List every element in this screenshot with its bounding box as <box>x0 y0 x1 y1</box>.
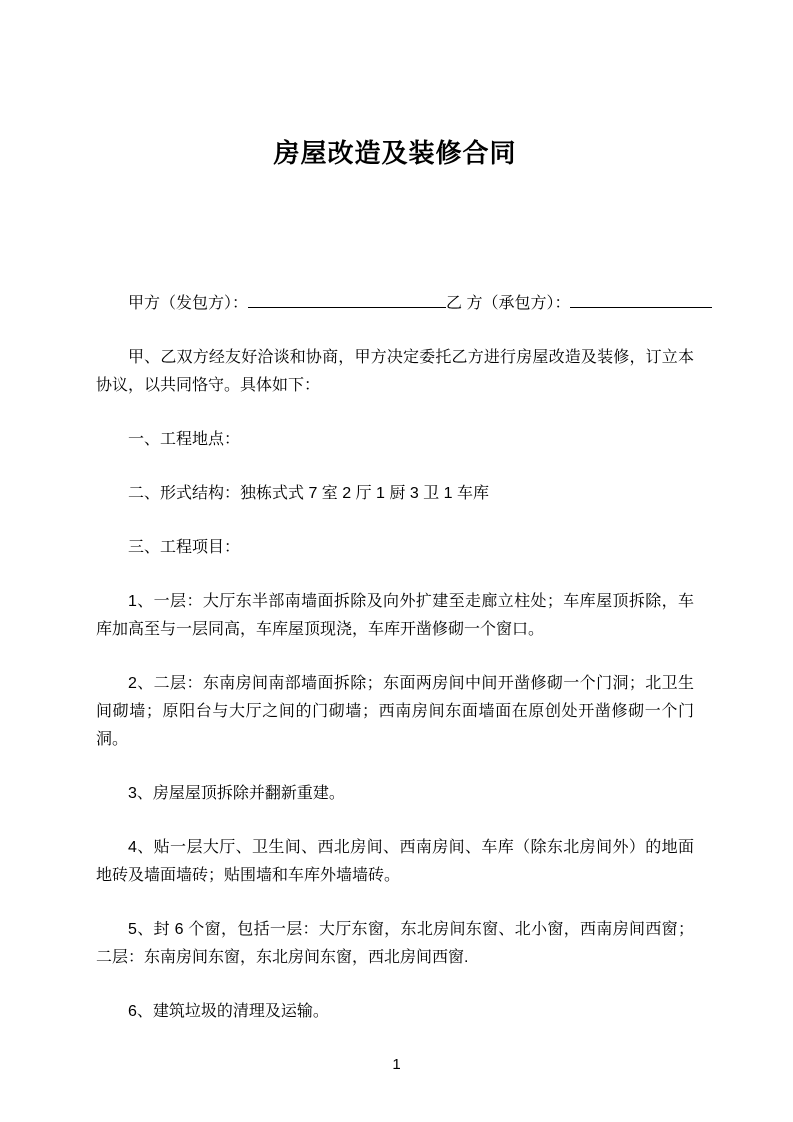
item-3-roof: 3、房屋屋顶拆除并翻新重建。 <box>96 780 694 808</box>
item-5-windows: 5、封 6 个窗，包括一层：大厅东窗，东北房间东窗、北小窗，西南房间西窗；二层：… <box>96 916 694 972</box>
document-title: 房屋改造及装修合同 <box>96 133 694 173</box>
item-6-debris: 6、建筑垃圾的清理及运输。 <box>96 998 694 1026</box>
contract-page: 房屋改造及装修合同 甲方（发包方）：乙 方（承包方）： 甲、乙双方经友好洽谈和协… <box>0 0 793 1122</box>
item-2-second-floor: 2、二层：东南房间南部墙面拆除；东面两房间中间开凿修砌一个门洞；北卫生间砌墙；原… <box>96 670 694 754</box>
clause-project-items: 三、工程项目： <box>96 534 694 562</box>
intro-paragraph: 甲、乙双方经友好洽谈和协商，甲方决定委托乙方进行房屋改造及装修，订立本协议，以共… <box>96 344 694 400</box>
party-line: 甲方（发包方）：乙 方（承包方）： <box>96 290 694 318</box>
party-a-label: 甲方（发包方）： <box>128 295 248 312</box>
item-4-tiling: 4、贴一层大厅、卫生间、西北房间、西南房间、车库（除东北房间外）的地面地砖及墙面… <box>96 834 694 890</box>
party-b-label: 乙 方（承包方）： <box>446 295 570 312</box>
clause-structure: 二、形式结构：独栋式式 7 室 2 厅 1 厨 3 卫 1 车库 <box>96 480 694 508</box>
party-b-blank <box>570 293 712 308</box>
clause-project-location: 一、工程地点： <box>96 426 694 454</box>
page-number: 1 <box>0 1055 793 1075</box>
party-a-blank <box>248 293 446 308</box>
item-1-first-floor: 1、一层：大厅东半部南墙面拆除及向外扩建至走廊立柱处；车库屋顶拆除，车库加高至与… <box>96 588 694 644</box>
